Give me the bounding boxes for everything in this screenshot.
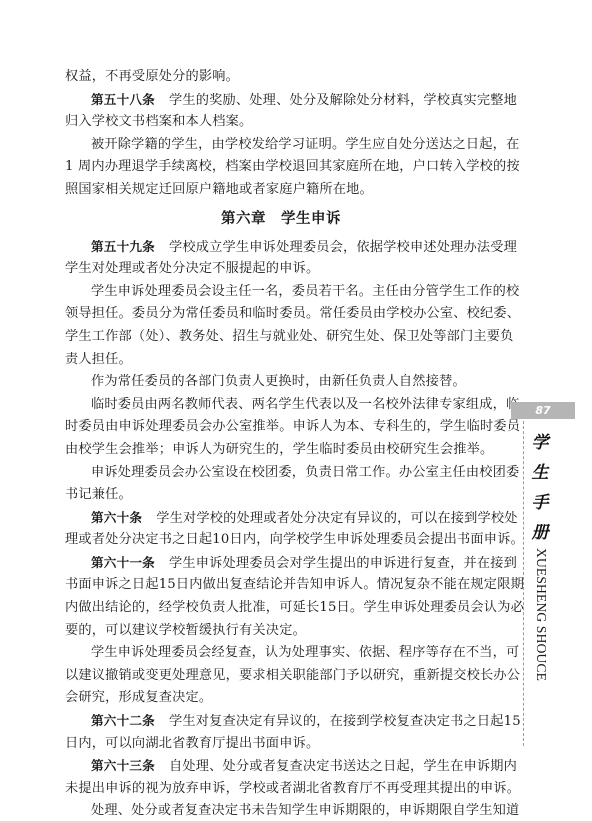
text-line: 时委员由申诉处理委员会办公室推举。申诉人为本、专科生的，学生临时委员: [65, 416, 497, 439]
text-line: 要的，可以建议学校暂缓执行有关决定。: [65, 620, 497, 643]
text-line: 第五十九条学校成立学生申诉处理委员会，依据学校申述处理办法受理: [65, 236, 497, 259]
text-line: 学生对处理或者处分决定不服提起的申诉。: [65, 258, 497, 281]
text-line: 未提出申诉的视为放弃申诉，学校或者湖北省教育厅不再受理其提出的申诉。: [65, 778, 497, 801]
chapter-heading: 第六章 学生申诉: [65, 202, 497, 236]
line-text: 学生对处理或者处分决定不服提起的申诉。: [65, 261, 319, 276]
text-line: 第六十二条学生对复查决定有异议的，在接到学校复查决定书之日起15: [65, 710, 497, 733]
text-line: 被开除学籍的学生，由学校发给学习证明。学生应自处分送达之日起，在: [65, 134, 497, 157]
line-text: 书记兼任。: [65, 487, 132, 502]
text-line: 书面申诉之日起15日内做出复查结论并告知申诉人。情况复杂不能在规定限期: [65, 574, 497, 597]
line-text: 归入学校文书档案和本人档案。: [65, 114, 252, 129]
article-number: 第六十条: [91, 510, 142, 525]
side-title-latin: XUESHENG SHOUCE: [529, 548, 551, 698]
text-line: 书记兼任。: [65, 484, 497, 507]
side-title-char: 册: [532, 518, 549, 548]
line-text: 学生工作部（处）、教务处、招生与就业处、研究生处、保卫处等部门主要负: [65, 329, 514, 344]
text-line: 学生申诉处理委员会设主任一名，委员若干名。主任由分管学生工作的校: [65, 281, 497, 304]
line-text: 处理、处分或者复查决定书未告知学生申诉期限的，申诉期限自学生知道: [91, 803, 519, 818]
text-line: 申诉处理委员会办公室设在校团委，负责日常工作。办公室主任由校团委: [65, 462, 497, 485]
text-line: 第六十一条学生申诉处理委员会对学生提出的申诉进行复查，并在接到: [65, 552, 497, 575]
article-number: 第六十一条: [91, 555, 155, 570]
text-line: 内做出结论的，经学校负责人批准，可延长15日。学生申诉处理委员会认为必: [65, 597, 497, 620]
line-text: 自处理、处分或者复查决定书送达之日起，学生在申诉期内: [169, 759, 517, 774]
body-text: 权益，不再受原处分的影响。第五十八条学生的奖励、处理、处分及解除处分材料，学校真…: [65, 66, 497, 823]
side-title-char: 手: [532, 488, 549, 518]
line-text: 学生的奖励、处理、处分及解除处分材料，学校真实完整地: [169, 93, 517, 108]
line-text: 内做出结论的，经学校负责人批准，可延长15日。学生申诉处理委员会认为必: [65, 600, 524, 615]
line-text: 理或者处分决定书之日起10日内，向学校学生申诉处理委员会提出书面申诉。: [65, 532, 524, 547]
page-number: 87: [535, 404, 550, 417]
handbook-page: 权益，不再受原处分的影响。第五十八条学生的奖励、处理、处分及解除处分材料，学校真…: [0, 0, 592, 823]
text-line: 日内，可以向湖北省教育厅提出书面申诉。: [65, 733, 497, 756]
line-text: 时委员由申诉处理委员会办公室推举。申诉人为本、专科生的，学生临时委员: [65, 419, 520, 434]
side-title-vertical: 学生手册: [529, 428, 551, 548]
line-text: 权益，不再受原处分的影响。: [65, 69, 239, 84]
line-text: 要的，可以建议学校暂缓执行有关决定。: [65, 623, 306, 638]
line-text: 领导担任。委员分为常任委员和临时委员。常任委员由学校办公室、校纪委、: [65, 306, 520, 321]
line-text: 申诉处理委员会办公室设在校团委，负责日常工作。办公室主任由校团委: [91, 465, 519, 480]
text-line: 第六十条学生对学校的处理或者处分决定有异议的，可以在接到学校处: [65, 507, 497, 530]
article-number: 第五十九条: [91, 239, 155, 254]
line-text: 作为常任委员的各部门负责人更换时，由新任负责人自然接替。: [91, 374, 466, 389]
text-line: 学生申诉处理委员会经复查，认为处理事实、依据、程序等存在不当，可: [65, 642, 497, 665]
article-number: 第六十二条: [91, 713, 155, 728]
text-line: 理或者处分决定书之日起10日内，向学校学生申诉处理委员会提出书面申诉。: [65, 529, 497, 552]
line-text: 书面申诉之日起15日内做出复查结论并告知申诉人。情况复杂不能在规定限期: [65, 577, 524, 592]
text-line: 权益，不再受原处分的影响。: [65, 66, 497, 89]
line-text: 学生申诉处理委员会设主任一名，委员若干名。主任由分管学生工作的校: [91, 284, 519, 299]
line-text: 学生对复查决定有异议的，在接到学校复查决定书之日起15: [169, 714, 521, 729]
side-dashed-rule: [523, 421, 524, 746]
line-text: 临时委员由两名教师代表、两名学生代表以及一名校外法律专家组成，临: [91, 397, 519, 412]
line-text: 责人担任。: [65, 352, 132, 367]
line-text: 学生申诉处理委员会对学生提出的申诉进行复查，并在接到: [169, 556, 517, 571]
text-line: 会研究，形成复查决定。: [65, 687, 497, 710]
line-text: 学校成立学生申诉处理委员会，依据学校申述处理办法受理: [169, 240, 517, 255]
text-line: 领导担任。委员分为常任委员和临时委员。常任委员由学校办公室、校纪委、: [65, 303, 497, 326]
text-line: 临时委员由两名教师代表、两名学生代表以及一名校外法律专家组成，临: [65, 394, 497, 417]
text-line: 作为常任委员的各部门负责人更换时，由新任负责人自然接替。: [65, 371, 497, 394]
line-text: 第六章 学生申诉: [221, 211, 341, 227]
line-text: 照国家相关规定迁回原户籍地或者家庭户籍所在地。: [65, 182, 373, 197]
line-text: 由校学生会推举；申诉人为研究生的，学生临时委员由校研究生会推举。: [65, 442, 493, 457]
text-line: 归入学校文书档案和本人档案。: [65, 111, 497, 134]
text-line: 由校学生会推举；申诉人为研究生的，学生临时委员由校研究生会推举。: [65, 439, 497, 462]
line-text: 学生申诉处理委员会经复查，认为处理事实、依据、程序等存在不当，可: [91, 645, 519, 660]
text-line: 照国家相关规定迁回原户籍地或者家庭户籍所在地。: [65, 179, 497, 202]
text-line: 处理、处分或者复查决定书未告知学生申诉期限的，申诉期限自学生知道: [65, 800, 497, 823]
article-number: 第六十三条: [91, 758, 155, 773]
article-number: 第五十八条: [91, 92, 155, 107]
line-text: 日内，可以向湖北省教育厅提出书面申诉。: [65, 736, 319, 751]
page-number-tab: 87: [511, 402, 575, 419]
side-title-latin-text: XUESHENG SHOUCE: [533, 548, 549, 681]
text-line: 学生工作部（处）、教务处、招生与就业处、研究生处、保卫处等部门主要负: [65, 326, 497, 349]
line-text: 1 周内办理退学手续离校，档案由学校退回其家庭所在地，户口转入学校的按: [65, 159, 520, 174]
text-line: 以建议撤销或变更处理意见，要求相关职能部门予以研究，重新提交校长办公: [65, 665, 497, 688]
text-line: 1 周内办理退学手续离校，档案由学校退回其家庭所在地，户口转入学校的按: [65, 156, 497, 179]
line-text: 被开除学籍的学生，由学校发给学习证明。学生应自处分送达之日起，在: [91, 137, 519, 152]
line-text: 以建议撤销或变更处理意见，要求相关职能部门予以研究，重新提交校长办公: [65, 668, 520, 683]
side-title-char: 生: [532, 458, 549, 488]
line-text: 未提出申诉的视为放弃申诉，学校或者湖北省教育厅不再受理其提出的申诉。: [65, 781, 520, 796]
line-text: 学生对学校的处理或者处分决定有异议的，可以在接到学校处: [156, 511, 517, 526]
text-line: 责人担任。: [65, 349, 497, 372]
side-title-char: 学: [532, 428, 549, 458]
line-text: 会研究，形成复查决定。: [65, 690, 212, 705]
text-line: 第六十三条自处理、处分或者复查决定书送达之日起，学生在申诉期内: [65, 755, 497, 778]
text-line: 第五十八条学生的奖励、处理、处分及解除处分材料，学校真实完整地: [65, 89, 497, 112]
